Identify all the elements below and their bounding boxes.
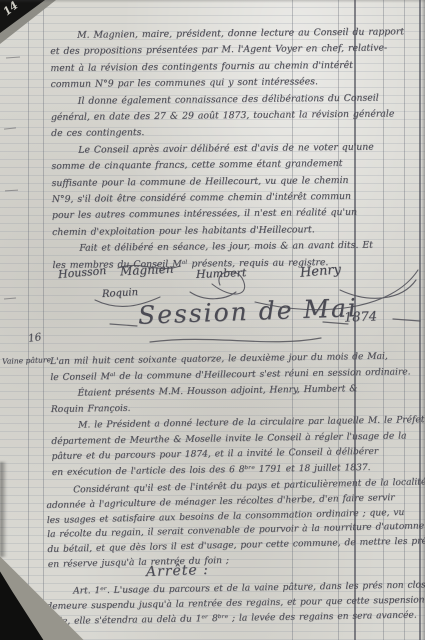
deliberation-paragraphs: M. Magnien, maire, président, donne lect… [50,24,391,274]
considerant-paragraphs: Considérant qu'il est de l'intérêt du pa… [46,476,400,573]
margin-subject-note: Vaine pâture [2,355,51,366]
column-rule [43,0,44,640]
margin-tick [6,57,20,59]
right-edge-shadow [421,0,425,640]
column-rule [28,0,29,640]
signature: Housson [58,264,107,281]
article-paragraphs: Art. 1ᵉʳ. L'usage du parcours et de la v… [46,579,399,631]
arrete-label: Arrête : [146,562,209,580]
margin-tick [4,127,16,129]
margin-entry-number: 16 [27,331,42,345]
session-opening-paragraphs: L'an mil huit cent soixante quatorze, le… [50,350,397,483]
top-edge-shadow [0,0,425,3]
session-heading: Session de Mai [138,293,359,330]
margin-tick [5,190,18,192]
margin-tick [4,297,16,299]
signature: Humbert [196,266,247,281]
left-edge-smudge [0,462,7,557]
signature-crossed: Magnien [120,262,174,279]
signature: Roquin [102,287,139,300]
manuscript-page: M. Magnien, maire, président, donne lect… [0,0,425,640]
session-year: 1874 [344,309,378,325]
signature: Henry [299,262,341,281]
